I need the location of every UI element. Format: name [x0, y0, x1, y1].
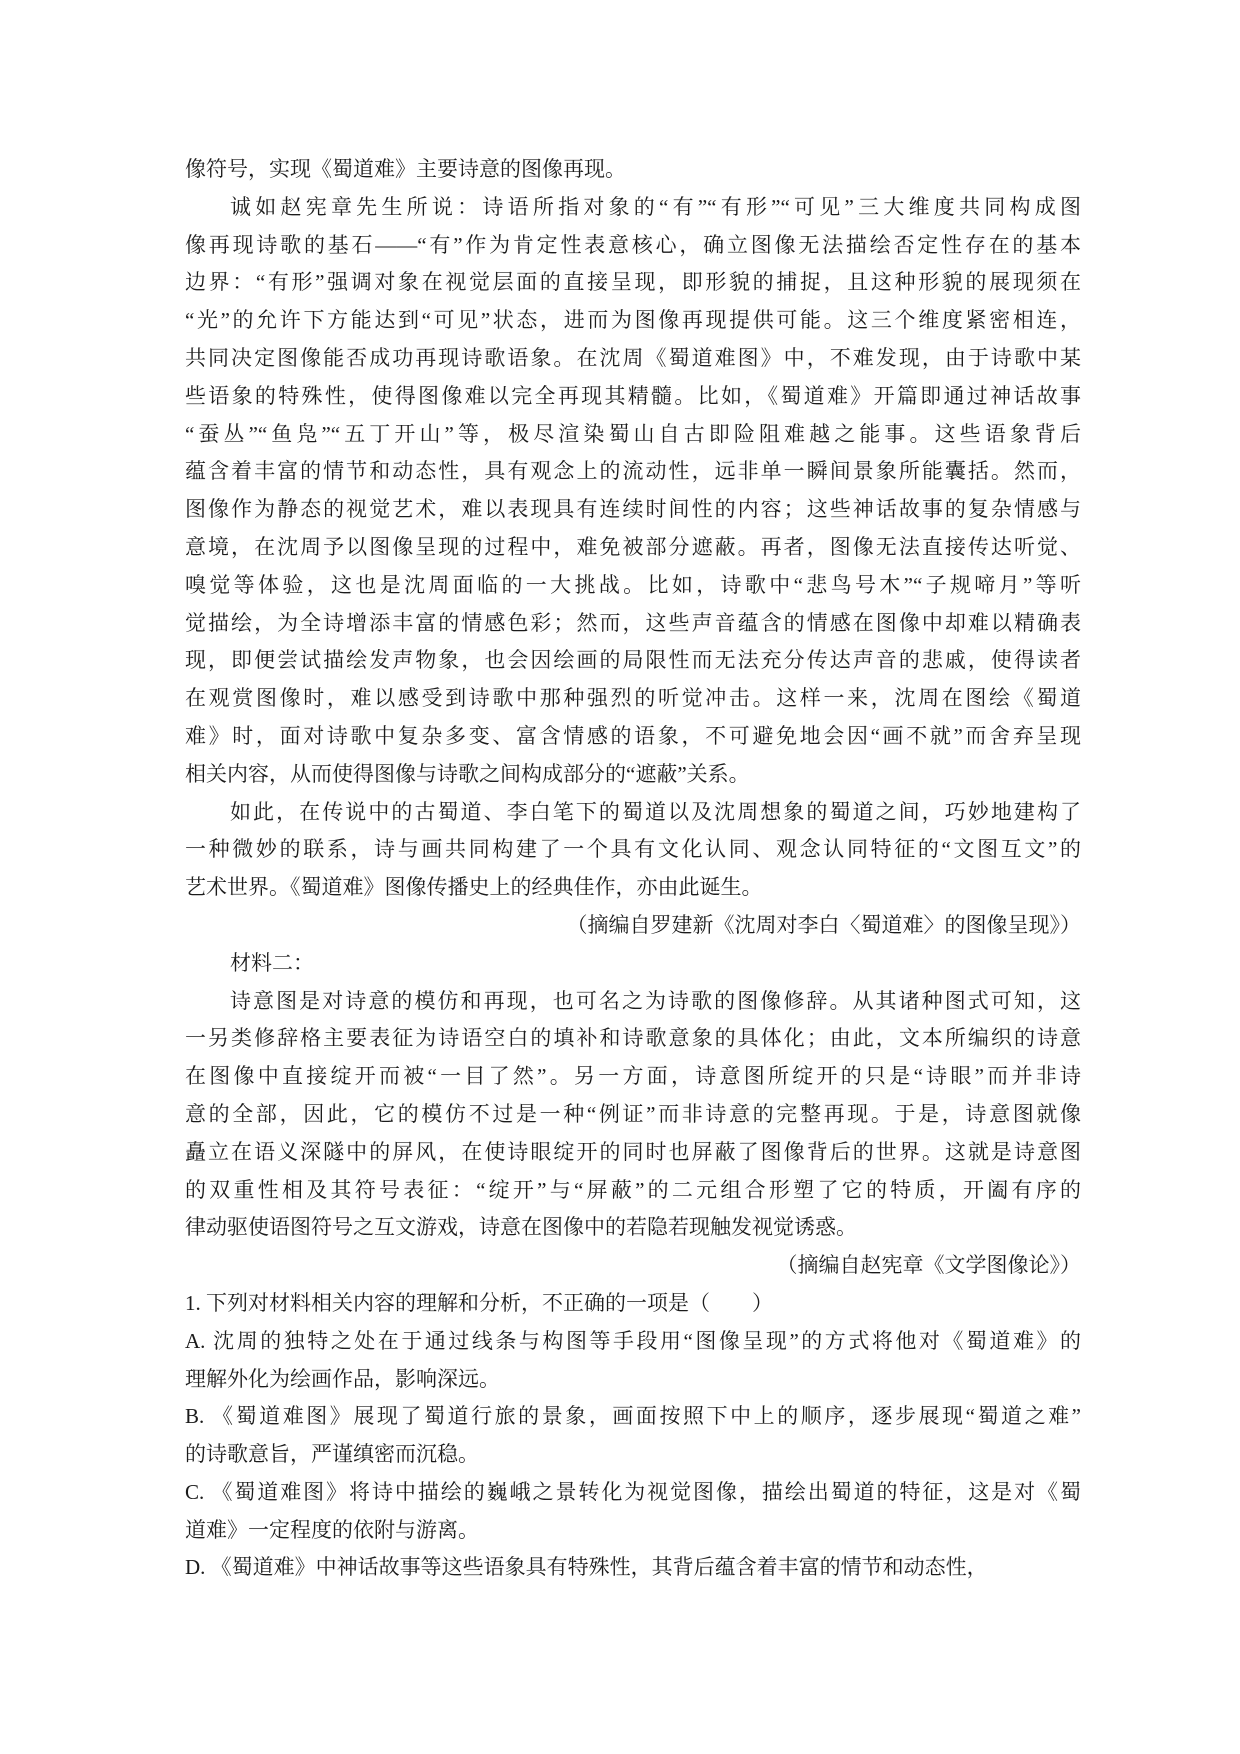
text-block: 像符号，实现《蜀道难》主要诗意的图像再现。诚如赵宪章先生所说：诗语所指对象的“有…: [185, 151, 1081, 1587]
body-line: “蚕丛”“鱼凫”“五丁开山”等，极尽渲染蜀山自古即险阻难越之能事。这些语象背后: [185, 416, 1081, 454]
option-d: D. 《蜀道难》中神话故事等这些语象具有特殊性，其背后蕴含着丰富的情节和动态性，: [185, 1549, 1081, 1587]
body-line: 些语象的特殊性，使得图像难以完全再现其精髓。比如，《蜀道难》开篇即通过神话故事: [185, 378, 1081, 416]
body-line: 图像作为静态的视觉艺术，难以表现具有连续时间性的内容；这些神话故事的复杂情感与: [185, 491, 1081, 529]
body-line: “光”的允许下方能达到“可见”状态，进而为图像再现提供可能。这三个维度紧密相连，: [185, 302, 1081, 340]
body-line: 在图像中直接绽开而被“一目了然”。另一方面，诗意图所绽开的只是“诗眼”而并非诗: [185, 1058, 1081, 1096]
body-line: 像符号，实现《蜀道难》主要诗意的图像再现。: [185, 151, 1081, 189]
body-line: 蕴含着丰富的情节和动态性，具有观念上的流动性，远非单一瞬间景象所能囊括。然而，: [185, 453, 1081, 491]
option-a-continuation: 理解外化为绘画作品，影响深远。: [185, 1361, 1081, 1399]
body-line: 意的全部，因此，它的模仿不过是一种“例证”而非诗意的完整再现。于是，诗意图就像: [185, 1096, 1081, 1134]
body-line: 难》时，面对诗歌中复杂多变、富含情感的语象，不可避免地会因“画不就”而舍弃呈现: [185, 718, 1081, 756]
document-page: 像符号，实现《蜀道难》主要诗意的图像再现。诚如赵宪章先生所说：诗语所指对象的“有…: [0, 0, 1240, 1754]
option-a: A. 沈周的独特之处在于通过线条与构图等手段用“图像呈现”的方式将他对《蜀道难》…: [185, 1323, 1081, 1361]
body-line: 矗立在语义深隧中的屏风，在使诗眼绽开的同时也屏蔽了图像背后的世界。这就是诗意图: [185, 1134, 1081, 1172]
paragraph-start: 诗意图是对诗意的模仿和再现，也可名之为诗歌的图像修辞。从其诸种图式可知，这: [185, 983, 1081, 1021]
body-line: 边界：“有形”强调对象在视觉层面的直接呈现，即形貌的捕捉，且这种形貌的展现须在: [185, 264, 1081, 302]
body-line: 相关内容，从而使得图像与诗歌之间构成部分的“遮蔽”关系。: [185, 756, 1081, 794]
body-line: 律动驱使语图符号之互文游戏，诗意在图像中的若隐若现触发视觉诱惑。: [185, 1209, 1081, 1247]
body-line: 共同决定图像能否成功再现诗歌语象。在沈周《蜀道难图》中，不难发现，由于诗歌中某: [185, 340, 1081, 378]
body-line: 一另类修辞格主要表征为诗语空白的填补和诗歌意象的具体化；由此，文本所编织的诗意: [185, 1020, 1081, 1058]
body-line: 觉描绘，为全诗增添丰富的情感色彩；然而，这些声音蕴含的情感在图像中却难以精确表: [185, 605, 1081, 643]
option-b: B. 《蜀道难图》展现了蜀道行旅的景象，画面按照下中上的顺序，逐步展现“蜀道之难…: [185, 1398, 1081, 1436]
body-line: 嗅觉等体验，这也是沈周面临的一大挑战。比如，诗歌中“悲鸟号木”“子规啼月”等听: [185, 567, 1081, 605]
attribution: （摘编自罗建新《沈周对李白〈蜀道难〉的图像呈现》）: [185, 907, 1081, 945]
option-b-continuation: 的诗歌意旨，严谨缜密而沉稳。: [185, 1436, 1081, 1474]
body-line: 在观赏图像时，难以感受到诗歌中那种强烈的听觉冲击。这样一来，沈周在图绘《蜀道: [185, 680, 1081, 718]
paragraph-start: 诚如赵宪章先生所说：诗语所指对象的“有”“有形”“可见”三大维度共同构成图: [185, 189, 1081, 227]
body-line: 意境，在沈周予以图像呈现的过程中，难免被部分遮蔽。再者，图像无法直接传达听觉、: [185, 529, 1081, 567]
question-stem: 1. 下列对材料相关内容的理解和分析，不正确的一项是（ ）: [185, 1285, 1081, 1323]
paragraph-start: 如此，在传说中的古蜀道、李白笔下的蜀道以及沈周想象的蜀道之间，巧妙地建构了: [185, 794, 1081, 832]
option-c: C. 《蜀道难图》将诗中描绘的巍峨之景转化为视觉图像，描绘出蜀道的特征，这是对《…: [185, 1474, 1081, 1512]
section-label: 材料二：: [185, 945, 1081, 983]
option-c-continuation: 道难》一定程度的依附与游离。: [185, 1512, 1081, 1550]
body-line: 像再现诗歌的基石——“有”作为肯定性表意核心，确立图像无法描绘否定性存在的基本: [185, 227, 1081, 265]
attribution: （摘编自赵宪章《文学图像论》）: [185, 1247, 1081, 1285]
body-line: 的双重性相及其符号表征：“绽开”与“屏蔽”的二元组合形塑了它的特质，开阖有序的: [185, 1172, 1081, 1210]
body-line: 一种微妙的联系，诗与画共同构建了一个具有文化认同、观念认同特征的“文图互文”的: [185, 831, 1081, 869]
body-line: 艺术世界。《蜀道难》图像传播史上的经典佳作，亦由此诞生。: [185, 869, 1081, 907]
body-line: 现，即便尝试描绘发声物象，也会因绘画的局限性而无法充分传达声音的悲戚，使得读者: [185, 642, 1081, 680]
